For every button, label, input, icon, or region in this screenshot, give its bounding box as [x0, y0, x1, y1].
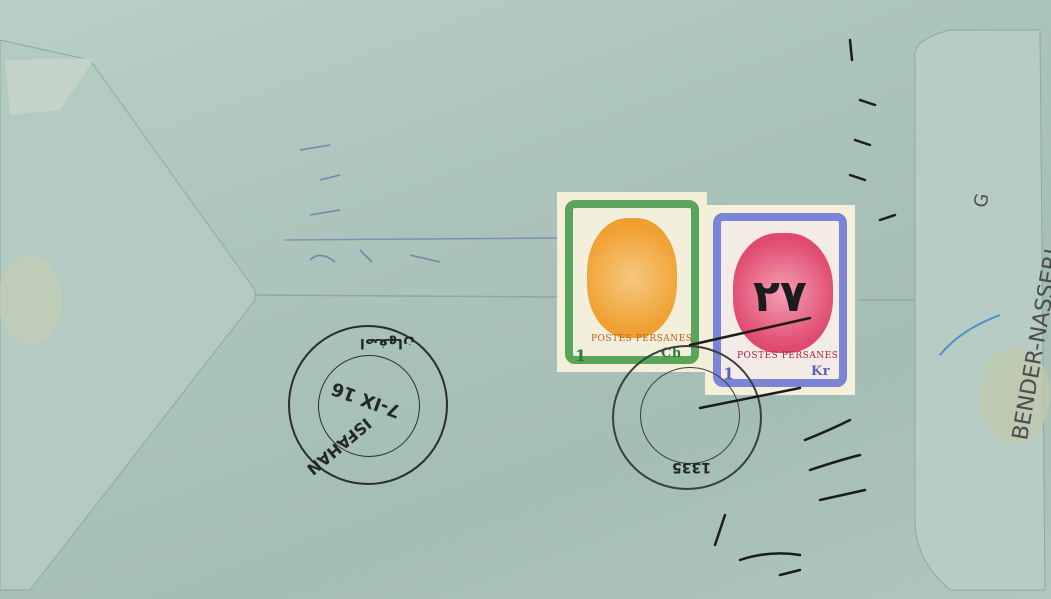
- envelope-back: POSTES PERSANES 1 Ch POSTES PERSANES 1 K…: [0, 0, 1051, 599]
- handwritten-annotations: [0, 0, 1051, 599]
